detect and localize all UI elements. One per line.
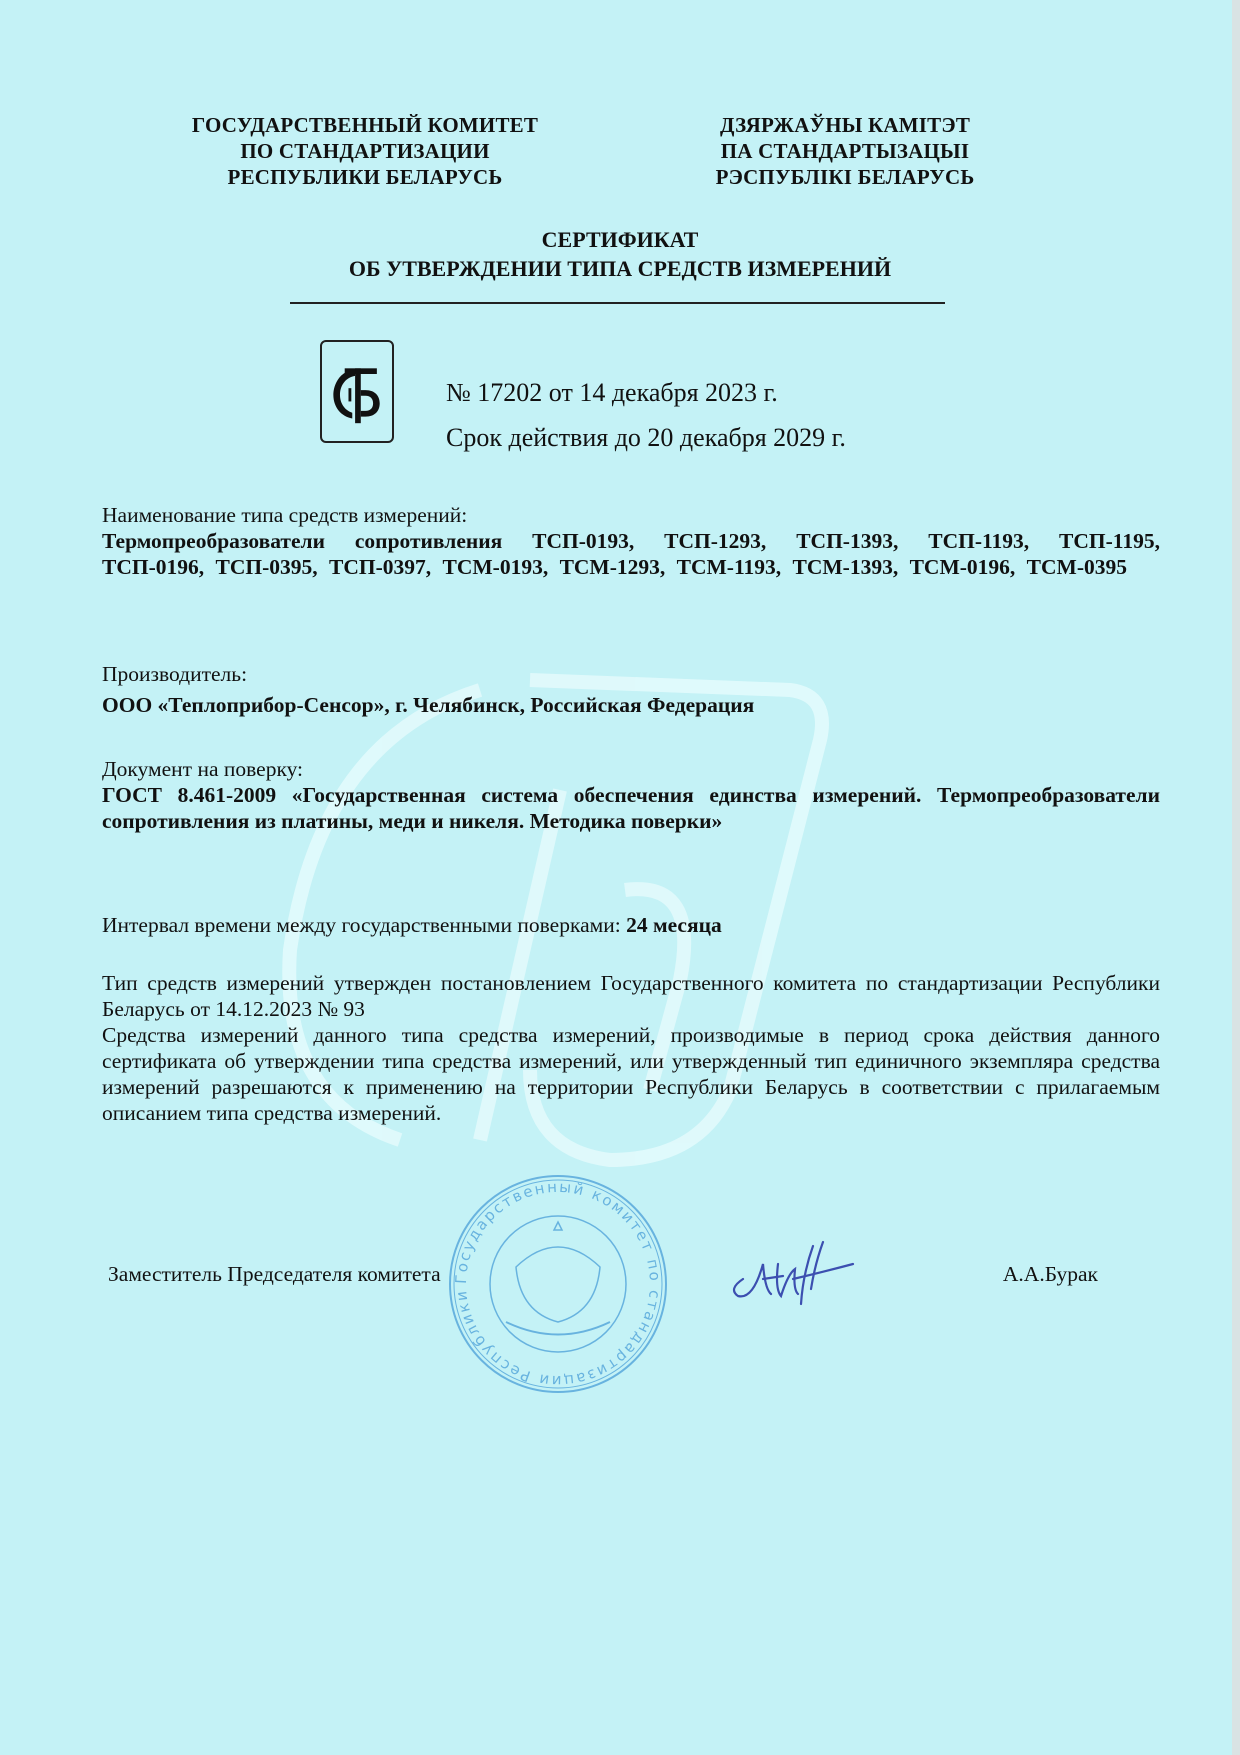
committee-name-russian: ГОСУДАРСТВЕННЫЙ КОМИТЕТ ПО СТАНДАРТИЗАЦИ…: [160, 112, 570, 190]
instrument-type-value: Термопреобразователи сопротивления ТСП-0…: [102, 528, 1160, 580]
manufacturer-label: Производитель:: [102, 661, 1160, 687]
verification-document-label: Документ на поверку:: [102, 756, 1160, 782]
certificate-number: № 17202 от 14 декабря 2023 г.: [446, 370, 846, 415]
signatory-position: Заместитель Председателя комитета: [108, 1262, 441, 1287]
header-right-line-2: ПА СТАНДАРТЫЗАЦЫІ: [660, 138, 1030, 164]
certificate-meta: № 17202 от 14 декабря 2023 г. Срок дейст…: [446, 370, 846, 460]
committee-name-belarusian: ДЗЯРЖАЎНЫ КАМІТЭТ ПА СТАНДАРТЫЗАЦЫІ РЭСП…: [660, 112, 1030, 190]
interval-label: Интервал времени между государственными …: [102, 913, 626, 937]
manufacturer-value: ООО «Теплоприбор-Сенсор», г. Челябинск, …: [102, 692, 1160, 718]
header-right-line-1: ДЗЯРЖАЎНЫ КАМІТЭТ: [660, 112, 1030, 138]
verification-interval-section: Интервал времени между государственными …: [102, 912, 1160, 938]
scan-edge: [1232, 0, 1240, 1755]
verification-document-section: Документ на поверку: ГОСТ 8.461-2009 «Го…: [102, 756, 1160, 834]
instrument-type-label: Наименование типа средств измерений:: [102, 502, 1160, 528]
instrument-type-section: Наименование типа средств измерений: Тер…: [102, 502, 1160, 580]
header-right-line-3: РЭСПУБЛІКІ БЕЛАРУСЬ: [660, 164, 1030, 190]
title-underline: [290, 302, 945, 304]
approval-paragraph-2: Средства измерений данного типа средства…: [102, 1022, 1160, 1126]
approval-paragraph-1: Тип средств измерений утвержден постанов…: [102, 970, 1160, 1022]
header-left-line-3: РЕСПУБЛИКИ БЕЛАРУСЬ: [160, 164, 570, 190]
interval-value: 24 месяца: [626, 913, 722, 937]
signatory-name: А.А.Бурак: [1003, 1262, 1098, 1287]
title-line-1: СЕРТИФИКАТ: [290, 225, 950, 254]
approval-section: Тип средств измерений утвержден постанов…: [102, 970, 1160, 1126]
header-left-line-2: ПО СТАНДАРТИЗАЦИИ: [160, 138, 570, 164]
official-stamp-icon: Государственный комитет по стандартизаци…: [446, 1172, 671, 1397]
certificate-validity: Срок действия до 20 декабря 2029 г.: [446, 415, 846, 460]
handwritten-signature-icon: [723, 1234, 863, 1314]
title-line-2: ОБ УТВЕРЖДЕНИИ ТИПА СРЕДСТВ ИЗМЕРЕНИЙ: [290, 254, 950, 283]
document-title: СЕРТИФИКАТ ОБ УТВЕРЖДЕНИИ ТИПА СРЕДСТВ И…: [290, 225, 950, 283]
header-left-line-1: ГОСУДАРСТВЕННЫЙ КОМИТЕТ: [160, 112, 570, 138]
manufacturer-section: Производитель: ООО «Теплоприбор-Сенсор»,…: [102, 661, 1160, 718]
stb-logo-icon: [320, 340, 394, 443]
verification-document-value: ГОСТ 8.461-2009 «Государственная система…: [102, 782, 1160, 834]
